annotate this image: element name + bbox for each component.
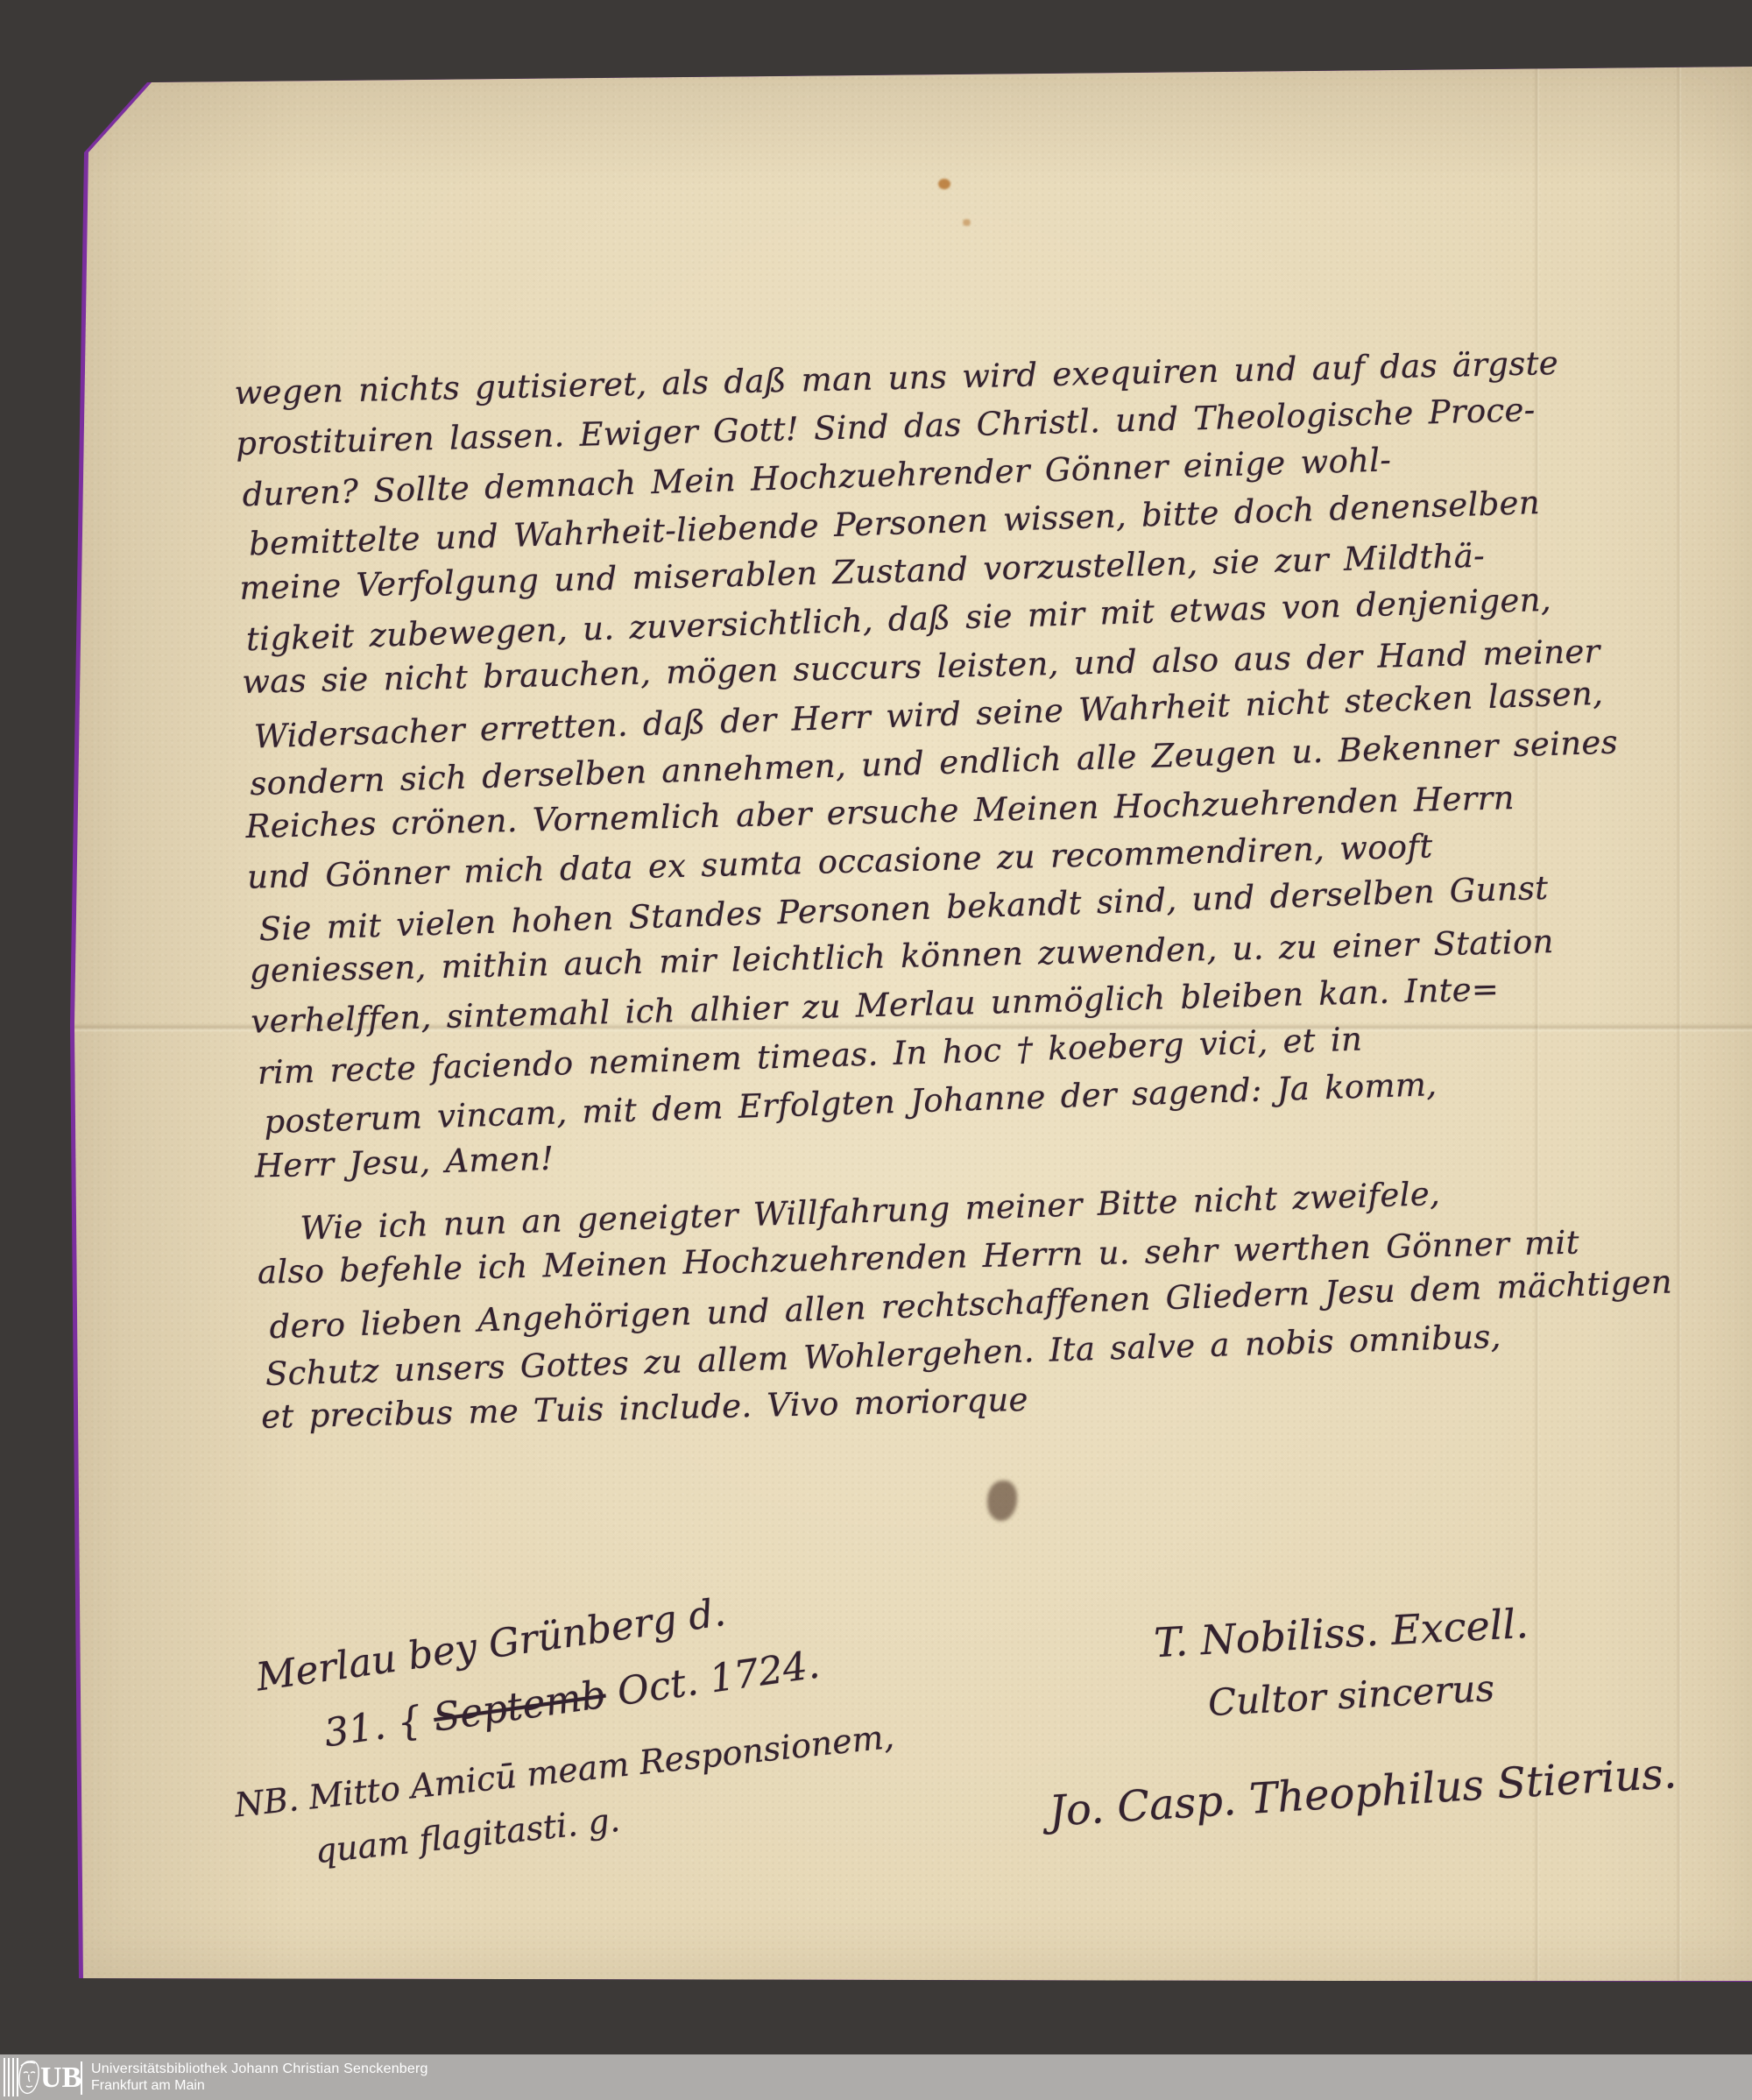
library-footer-text: Universitätsbibliothek Johann Christian … <box>91 2061 428 2094</box>
library-city: Frankfurt am Main <box>91 2077 428 2094</box>
library-name: Universitätsbibliothek Johann Christian … <box>91 2061 428 2077</box>
goethe-portrait-icon <box>16 2059 42 2097</box>
logo-divider <box>81 2061 82 2095</box>
dateline-crossed-out-month: Septemb <box>431 1672 609 1741</box>
manuscript-page-scan: wegen nichts gutisieret, als daß man uns… <box>67 63 1752 1985</box>
scan-viewer: { "scan": { "background_color": "#3c3937… <box>0 0 1752 2100</box>
letter-body: wegen nichts gutisieret, als daß man uns… <box>234 334 1689 1443</box>
paper-stain <box>938 179 950 189</box>
paper-sheet: wegen nichts gutisieret, als daß man uns… <box>71 63 1752 1981</box>
dateline-day: 31. { <box>321 1698 425 1756</box>
library-footer-bar: UB Universitätsbibliothek Johann Christi… <box>0 2054 1752 2100</box>
signature: Jo. Casp. Theophilus Stierius. <box>1048 1749 1678 1836</box>
ub-library-logo-icon: UB <box>2 2056 82 2098</box>
paper-stain <box>963 219 971 226</box>
ink-smudge <box>987 1481 1017 1521</box>
ub-logo-text: UB <box>40 2060 81 2096</box>
valediction: T. Nobiliss. Excell. Cultor sincerus <box>1153 1592 1534 1737</box>
